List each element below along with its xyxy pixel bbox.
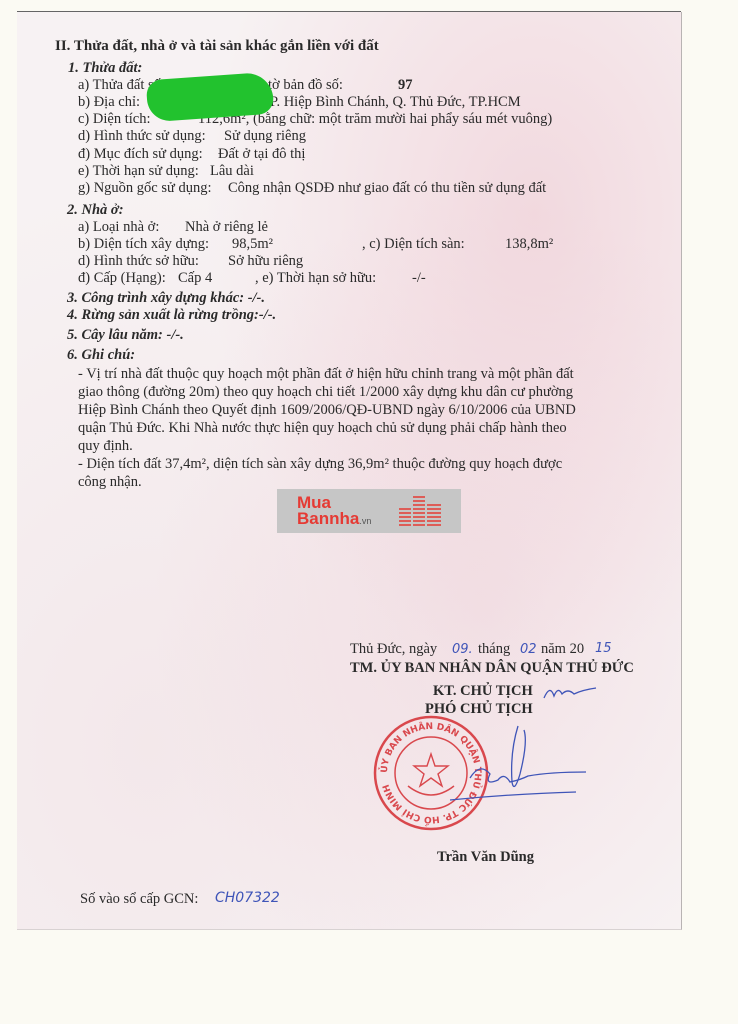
date-year-suffix: 15	[595, 640, 612, 657]
origin-label: g) Nguồn gốc sử dụng:	[78, 180, 212, 197]
redaction-mark	[146, 72, 275, 123]
building-icon	[397, 495, 443, 529]
note-line: giao thông (đường 20m) theo quy hoạch ch…	[78, 384, 573, 401]
muabannha-watermark: Mua Bannha.vn	[277, 489, 461, 533]
land-heading: 1. Thửa đất:	[68, 60, 142, 77]
note-line: quận Thủ Đức. Khi Nhà nước thực hiện quy…	[78, 420, 567, 437]
origin-value: Công nhận QSDĐ như giao đất có thu tiền …	[228, 180, 546, 197]
signature	[440, 722, 590, 812]
area-label: c) Diện tích:	[78, 111, 150, 128]
own-term-value: -/-	[412, 270, 426, 287]
map-label: tờ bản đồ số:	[268, 77, 343, 94]
signer-name: Trần Văn Dũng	[437, 849, 534, 866]
date-month: 02	[520, 641, 537, 658]
other-construction: 3. Công trình xây dựng khác: -/-.	[67, 290, 265, 307]
built-area-label: b) Diện tích xây dựng:	[78, 236, 209, 253]
note-line: công nhận.	[78, 474, 142, 491]
note-line: Hiệp Bình Chánh theo Quyết định 1609/200…	[78, 402, 576, 419]
floor-area-value: 138,8m²	[505, 236, 553, 253]
house-type-value: Nhà ở riêng lẻ	[185, 219, 268, 236]
registry-value: CH07322	[215, 890, 280, 907]
ownership-value: Sở hữu riêng	[228, 253, 303, 270]
address-value: P. Hiệp Bình Chánh, Q. Thủ Đức, TP.HCM	[270, 94, 521, 111]
initials-signature	[540, 680, 600, 704]
watermark-suffix: .vn	[359, 516, 371, 526]
note-line: - Diện tích đất 37,4m², diện tích sàn xâ…	[78, 456, 562, 473]
watermark-logo-text: Mua Bannha.vn	[297, 495, 371, 529]
own-term-label: , e) Thời hạn sở hữu:	[255, 270, 376, 287]
grade-label: đ) Cấp (Hạng):	[78, 270, 166, 287]
note-line: quy định.	[78, 438, 133, 455]
term-value: Lâu dài	[210, 163, 254, 180]
use-form-label: d) Hình thức sử dụng:	[78, 128, 206, 145]
term-label: e) Thời hạn sử dụng:	[78, 163, 199, 180]
map-value: 97	[398, 77, 413, 94]
purpose-label: đ) Mục đích sử dụng:	[78, 146, 203, 163]
section-title: II. Thửa đất, nhà ở và tài sản khác gắn …	[55, 38, 379, 55]
use-form-value: Sử dụng riêng	[224, 128, 306, 145]
grade-value: Cấp 4	[178, 270, 212, 287]
signer-title-1: KT. CHỦ TỊCH	[433, 683, 533, 700]
date-day: 09.	[452, 641, 473, 658]
address-label: b) Địa chỉ:	[78, 94, 140, 111]
note-line: - Vị trí nhà đất thuộc quy hoạch một phầ…	[78, 366, 574, 383]
ownership-label: d) Hình thức sở hữu:	[78, 253, 199, 270]
notes-heading: 6. Ghi chú:	[67, 347, 135, 364]
date-prefix: Thủ Đức, ngày	[350, 641, 437, 658]
forest: 4. Rừng sản xuất là rừng trồng:-/-.	[67, 307, 276, 324]
house-type-label: a) Loại nhà ở:	[78, 219, 159, 236]
date-year-label: năm 20	[541, 641, 584, 658]
built-area-value: 98,5m²	[232, 236, 273, 253]
date-month-label: tháng	[478, 641, 510, 658]
perennial: 5. Cây lâu năm: -/-.	[67, 327, 184, 344]
floor-area-label: , c) Diện tích sàn:	[362, 236, 465, 253]
watermark-line2: Bannha	[297, 509, 359, 528]
purpose-value: Đất ở tại đô thị	[218, 146, 305, 163]
house-heading: 2. Nhà ở:	[67, 202, 124, 219]
registry-label: Số vào sổ cấp GCN:	[80, 891, 198, 908]
issuing-org: TM. ỦY BAN NHÂN DÂN QUẬN THỦ ĐỨC	[350, 660, 634, 677]
